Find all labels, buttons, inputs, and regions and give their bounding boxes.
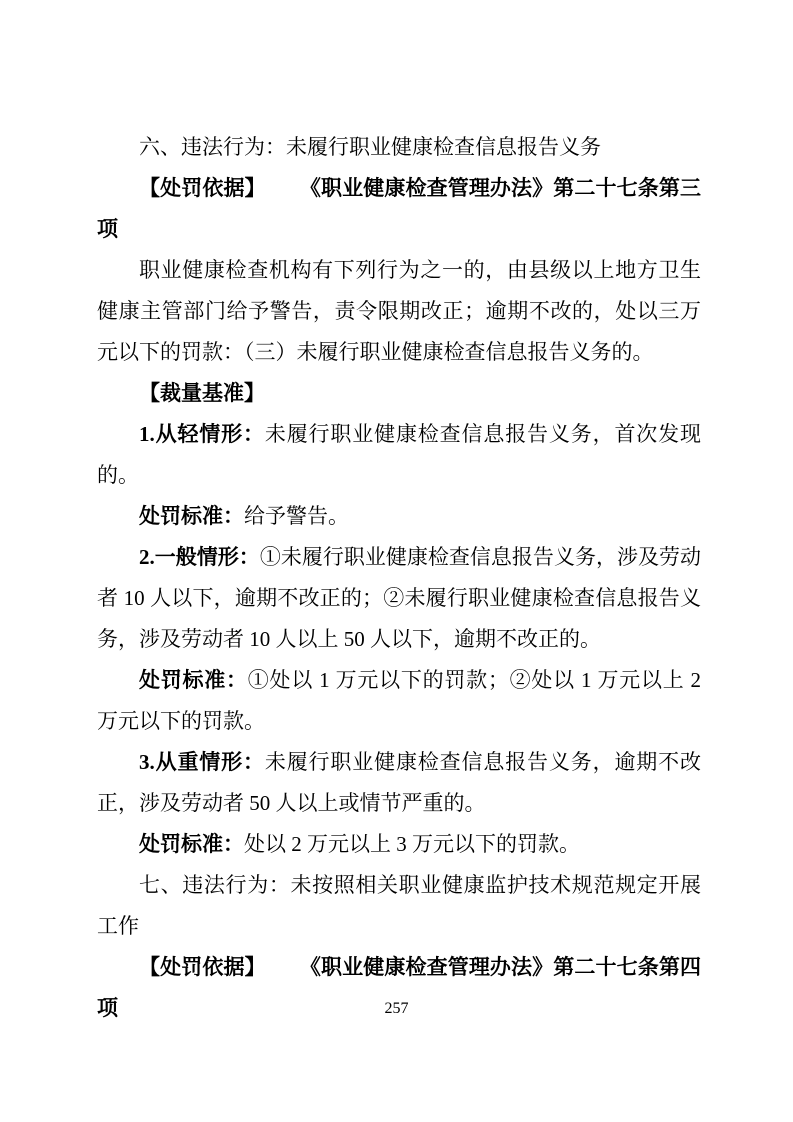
page-number: 257 bbox=[0, 998, 793, 1020]
penalty-basis-label: 【处罚依据】 bbox=[139, 955, 266, 979]
document-body: 六、违法行为：未履行职业健康检查信息报告义务 【处罚依据】《职业健康检查管理办法… bbox=[97, 127, 701, 1029]
paragraph-text: 给予警告。 bbox=[244, 504, 349, 528]
paragraph-label: 2.一般情形： bbox=[139, 545, 260, 569]
document-page: 六、违法行为：未履行职业健康检查信息报告义务 【处罚依据】《职业健康检查管理办法… bbox=[0, 0, 793, 1122]
paragraph-severe-circumstance: 3.从重情形：未履行职业健康检查信息报告义务，逾期不改正，涉及劳动者 50 人以… bbox=[97, 742, 701, 824]
paragraph-text: 处以 2 万元以上 3 万元以下的罚款。 bbox=[244, 832, 580, 856]
paragraph-label: 处罚标准： bbox=[139, 504, 244, 528]
discretion-benchmark-label: 【裁量基准】 bbox=[139, 381, 265, 405]
paragraph-discretion-benchmark-heading: 【裁量基准】 bbox=[97, 373, 701, 414]
paragraph-label: 处罚标准： bbox=[139, 832, 244, 856]
paragraph-penalty-standard-2: 处罚标准：①处以 1 万元以下的罚款；②处以 1 万元以上 2 万元以下的罚款。 bbox=[97, 660, 701, 742]
paragraph-general-circumstance: 2.一般情形：①未履行职业健康检查信息报告义务，涉及劳动者 10 人以下，逾期不… bbox=[97, 537, 701, 660]
paragraph-penalty-standard-1: 处罚标准：给予警告。 bbox=[97, 496, 701, 537]
penalty-basis-label: 【处罚依据】 bbox=[139, 176, 266, 200]
paragraph-regulation-quote: 职业健康检查机构有下列行为之一的，由县级以上地方卫生健康主管部门给予警告，责令限… bbox=[97, 250, 701, 373]
paragraph-penalty-basis-6: 【处罚依据】《职业健康检查管理办法》第二十七条第三项 bbox=[97, 168, 701, 250]
paragraph-violation-7-title: 七、违法行为：未按照相关职业健康监护技术规范规定开展工作 bbox=[97, 865, 701, 947]
paragraph-text: 七、违法行为：未按照相关职业健康监护技术规范规定开展工作 bbox=[97, 873, 701, 938]
paragraph-text: 职业健康检查机构有下列行为之一的，由县级以上地方卫生健康主管部门给予警告，责令限… bbox=[97, 258, 701, 364]
paragraph-text: 六、违法行为：未履行职业健康检查信息报告义务 bbox=[139, 135, 601, 159]
paragraph-label: 1.从轻情形： bbox=[139, 422, 265, 446]
paragraph-penalty-standard-3: 处罚标准：处以 2 万元以上 3 万元以下的罚款。 bbox=[97, 824, 701, 865]
paragraph-label: 处罚标准： bbox=[139, 668, 248, 692]
paragraph-lenient-circumstance: 1.从轻情形：未履行职业健康检查信息报告义务，首次发现的。 bbox=[97, 414, 701, 496]
paragraph-label: 3.从重情形： bbox=[139, 750, 265, 774]
paragraph-violation-6-title: 六、违法行为：未履行职业健康检查信息报告义务 bbox=[97, 127, 701, 168]
